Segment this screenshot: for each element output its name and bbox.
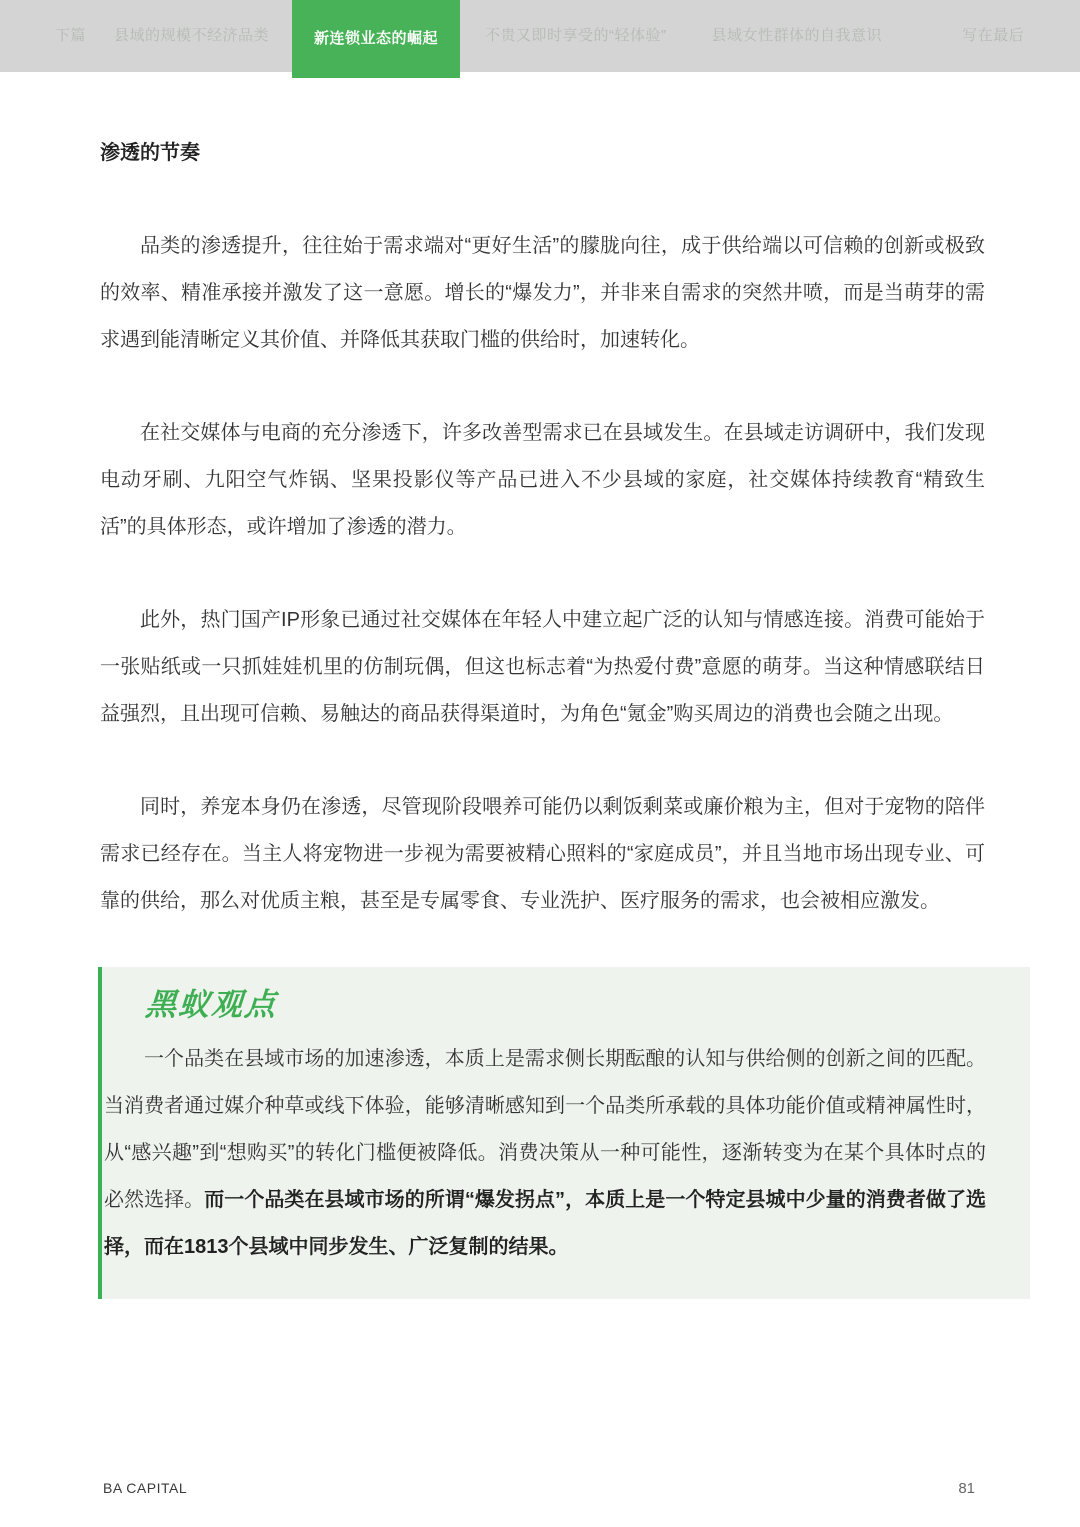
- page-content: 渗透的节奏 品类的渗透提升，往往始于需求端对“更好生活”的朦胧向往，成于供给端以…: [0, 136, 1080, 1299]
- page-number: 81: [958, 1480, 975, 1497]
- tab-new-chain-formats[interactable]: 新连锁业态的崛起: [292, 0, 460, 78]
- tab-diseconomies-of-scale[interactable]: 县域的规模不经济品类: [114, 0, 269, 72]
- top-nav: 下篇 县域的规模不经济品类 新连锁业态的崛起 不贵又即时享受的“轻体验” 县域女…: [0, 0, 1080, 72]
- page-footer: BA CAPITAL 81: [103, 1480, 975, 1497]
- paragraph-1: 品类的渗透提升，往往始于需求端对“更好生活”的朦胧向往，成于供给端以可信赖的创新…: [100, 223, 985, 364]
- tab-closing-words[interactable]: 写在最后: [962, 0, 1024, 72]
- tab-next-part[interactable]: 下篇: [55, 0, 86, 72]
- opinion-body: 一个品类在县域市场的加速渗透，本质上是需求侧长期酝酿的认知与供给侧的创新之间的匹…: [104, 1036, 986, 1271]
- paragraph-2: 在社交媒体与电商的充分渗透下，许多改善型需求已在县域发生。在县域走访调研中，我们…: [100, 410, 985, 551]
- tab-female-self-awareness[interactable]: 县域女性群体的自我意识: [712, 0, 883, 72]
- opinion-title: 黑蚁观点: [144, 979, 989, 1024]
- paragraph-3: 此外，热门国产IP形象已通过社交媒体在年轻人中建立起广泛的认知与情感连接。消费可…: [100, 597, 985, 738]
- opinion-box: 黑蚁观点 一个品类在县域市场的加速渗透，本质上是需求侧长期酝酿的认知与供给侧的创…: [98, 967, 1030, 1299]
- opinion-body-bold: 而一个品类在县域市场的所谓“爆发拐点”，本质上是一个特定县城中少量的消费者做了选…: [104, 1189, 986, 1258]
- paragraph-4: 同时，养宠本身仍在渗透，尽管现阶段喂养可能仍以剩饭剩菜或廉价粮为主，但对于宠物的…: [100, 784, 985, 925]
- section-heading: 渗透的节奏: [100, 136, 985, 165]
- brand-label: BA CAPITAL: [103, 1480, 187, 1496]
- report-page: 下篇 县域的规模不经济品类 新连锁业态的崛起 不贵又即时享受的“轻体验” 县域女…: [0, 0, 1080, 1527]
- opinion-body-normal: 一个品类在县域市场的加速渗透，本质上是需求侧长期酝酿的认知与供给侧的创新之间的匹…: [104, 1048, 986, 1211]
- tab-light-experience[interactable]: 不贵又即时享受的“轻体验”: [485, 0, 667, 72]
